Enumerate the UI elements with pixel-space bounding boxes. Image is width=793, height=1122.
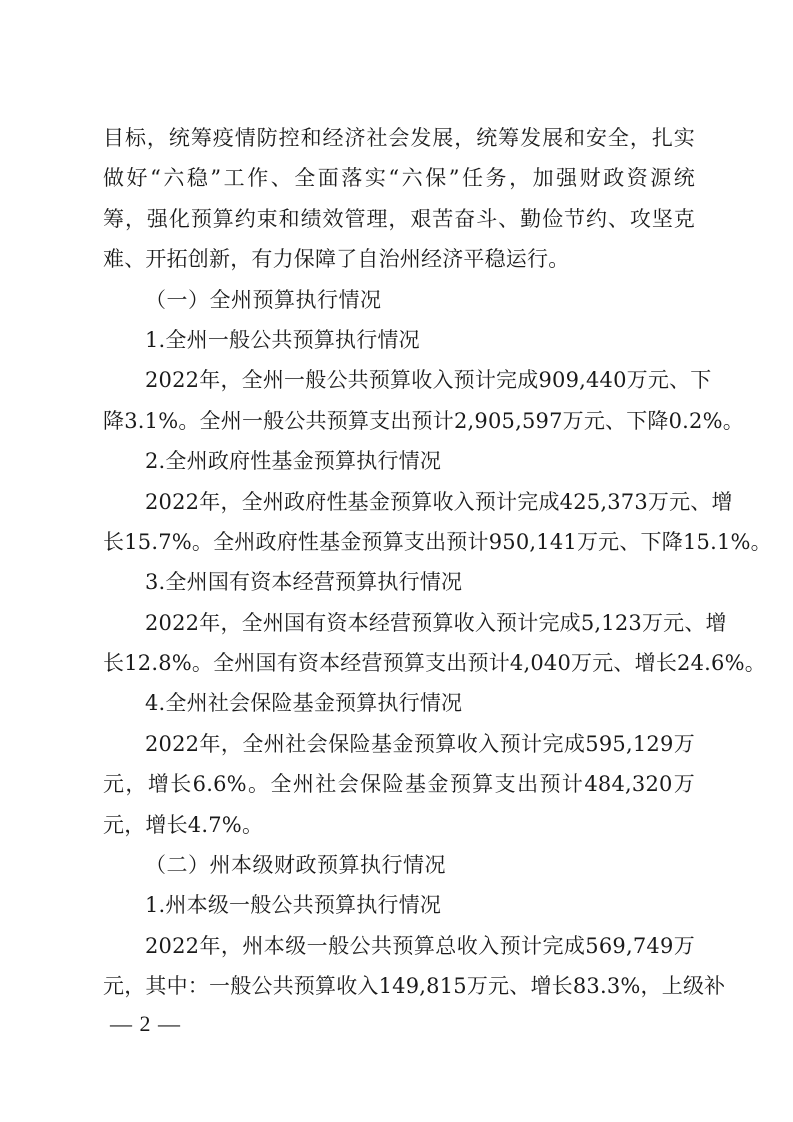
subsection-title: 3.全州国有资本经营预算执行情况: [103, 562, 695, 602]
paragraph-line: 2022年，州本级一般公共预算总收入预计完成569,749万: [103, 926, 695, 966]
subsection-title: 2.全州政府性基金预算执行情况: [103, 441, 695, 481]
subsection-title: 1.州本级一般公共预算执行情况: [103, 885, 695, 925]
intro-line: 难、开拓创新，有力保障了自治州经济平稳运行。: [103, 239, 695, 279]
paragraph-line: 长15.7%。全州政府性基金预算支出预计950,141万元、下降15.1%。: [103, 522, 695, 562]
intro-line: 目标，统筹疫情防控和经济社会发展，统筹发展和安全，扎实: [103, 118, 695, 158]
paragraph-line: 2022年，全州国有资本经营预算收入预计完成5,123万元、增: [103, 603, 695, 643]
document-body: 目标，统筹疫情防控和经济社会发展，统筹发展和安全，扎实 做好“六稳”工作、全面落…: [103, 118, 695, 1007]
document-page: 目标，统筹疫情防控和经济社会发展，统筹发展和安全，扎实 做好“六稳”工作、全面落…: [0, 0, 793, 1122]
paragraph-line: 元，其中：一般公共预算收入149,815万元、增长83.3%，上级补: [103, 966, 695, 1006]
subsection-title: 4.全州社会保险基金预算执行情况: [103, 683, 695, 723]
page-number: — 2 —: [110, 1011, 181, 1037]
paragraph-line: 降3.1%。全州一般公共预算支出预计2,905,597万元、下降0.2%。: [103, 401, 695, 441]
paragraph-line: 元，增长4.7%。: [103, 805, 695, 845]
subsection-title: 1.全州一般公共预算执行情况: [103, 320, 695, 360]
paragraph-line: 长12.8%。全州国有资本经营预算支出预计4,040万元、增长24.6%。: [103, 643, 695, 683]
intro-line: 做好“六稳”工作、全面落实“六保”任务，加强财政资源统: [103, 158, 695, 198]
paragraph-line: 2022年，全州一般公共预算收入预计完成909,440万元、下: [103, 360, 695, 400]
paragraph-line: 元，增长6.6%。全州社会保险基金预算支出预计484,320万: [103, 764, 695, 804]
paragraph-line: 2022年，全州政府性基金预算收入预计完成425,373万元、增: [103, 482, 695, 522]
section-heading: （二）州本级财政预算执行情况: [103, 845, 695, 885]
section-heading: （一）全州预算执行情况: [103, 280, 695, 320]
intro-line: 筹，强化预算约束和绩效管理，艰苦奋斗、勤俭节约、攻坚克: [103, 199, 695, 239]
paragraph-line: 2022年，全州社会保险基金预算收入预计完成595,129万: [103, 724, 695, 764]
